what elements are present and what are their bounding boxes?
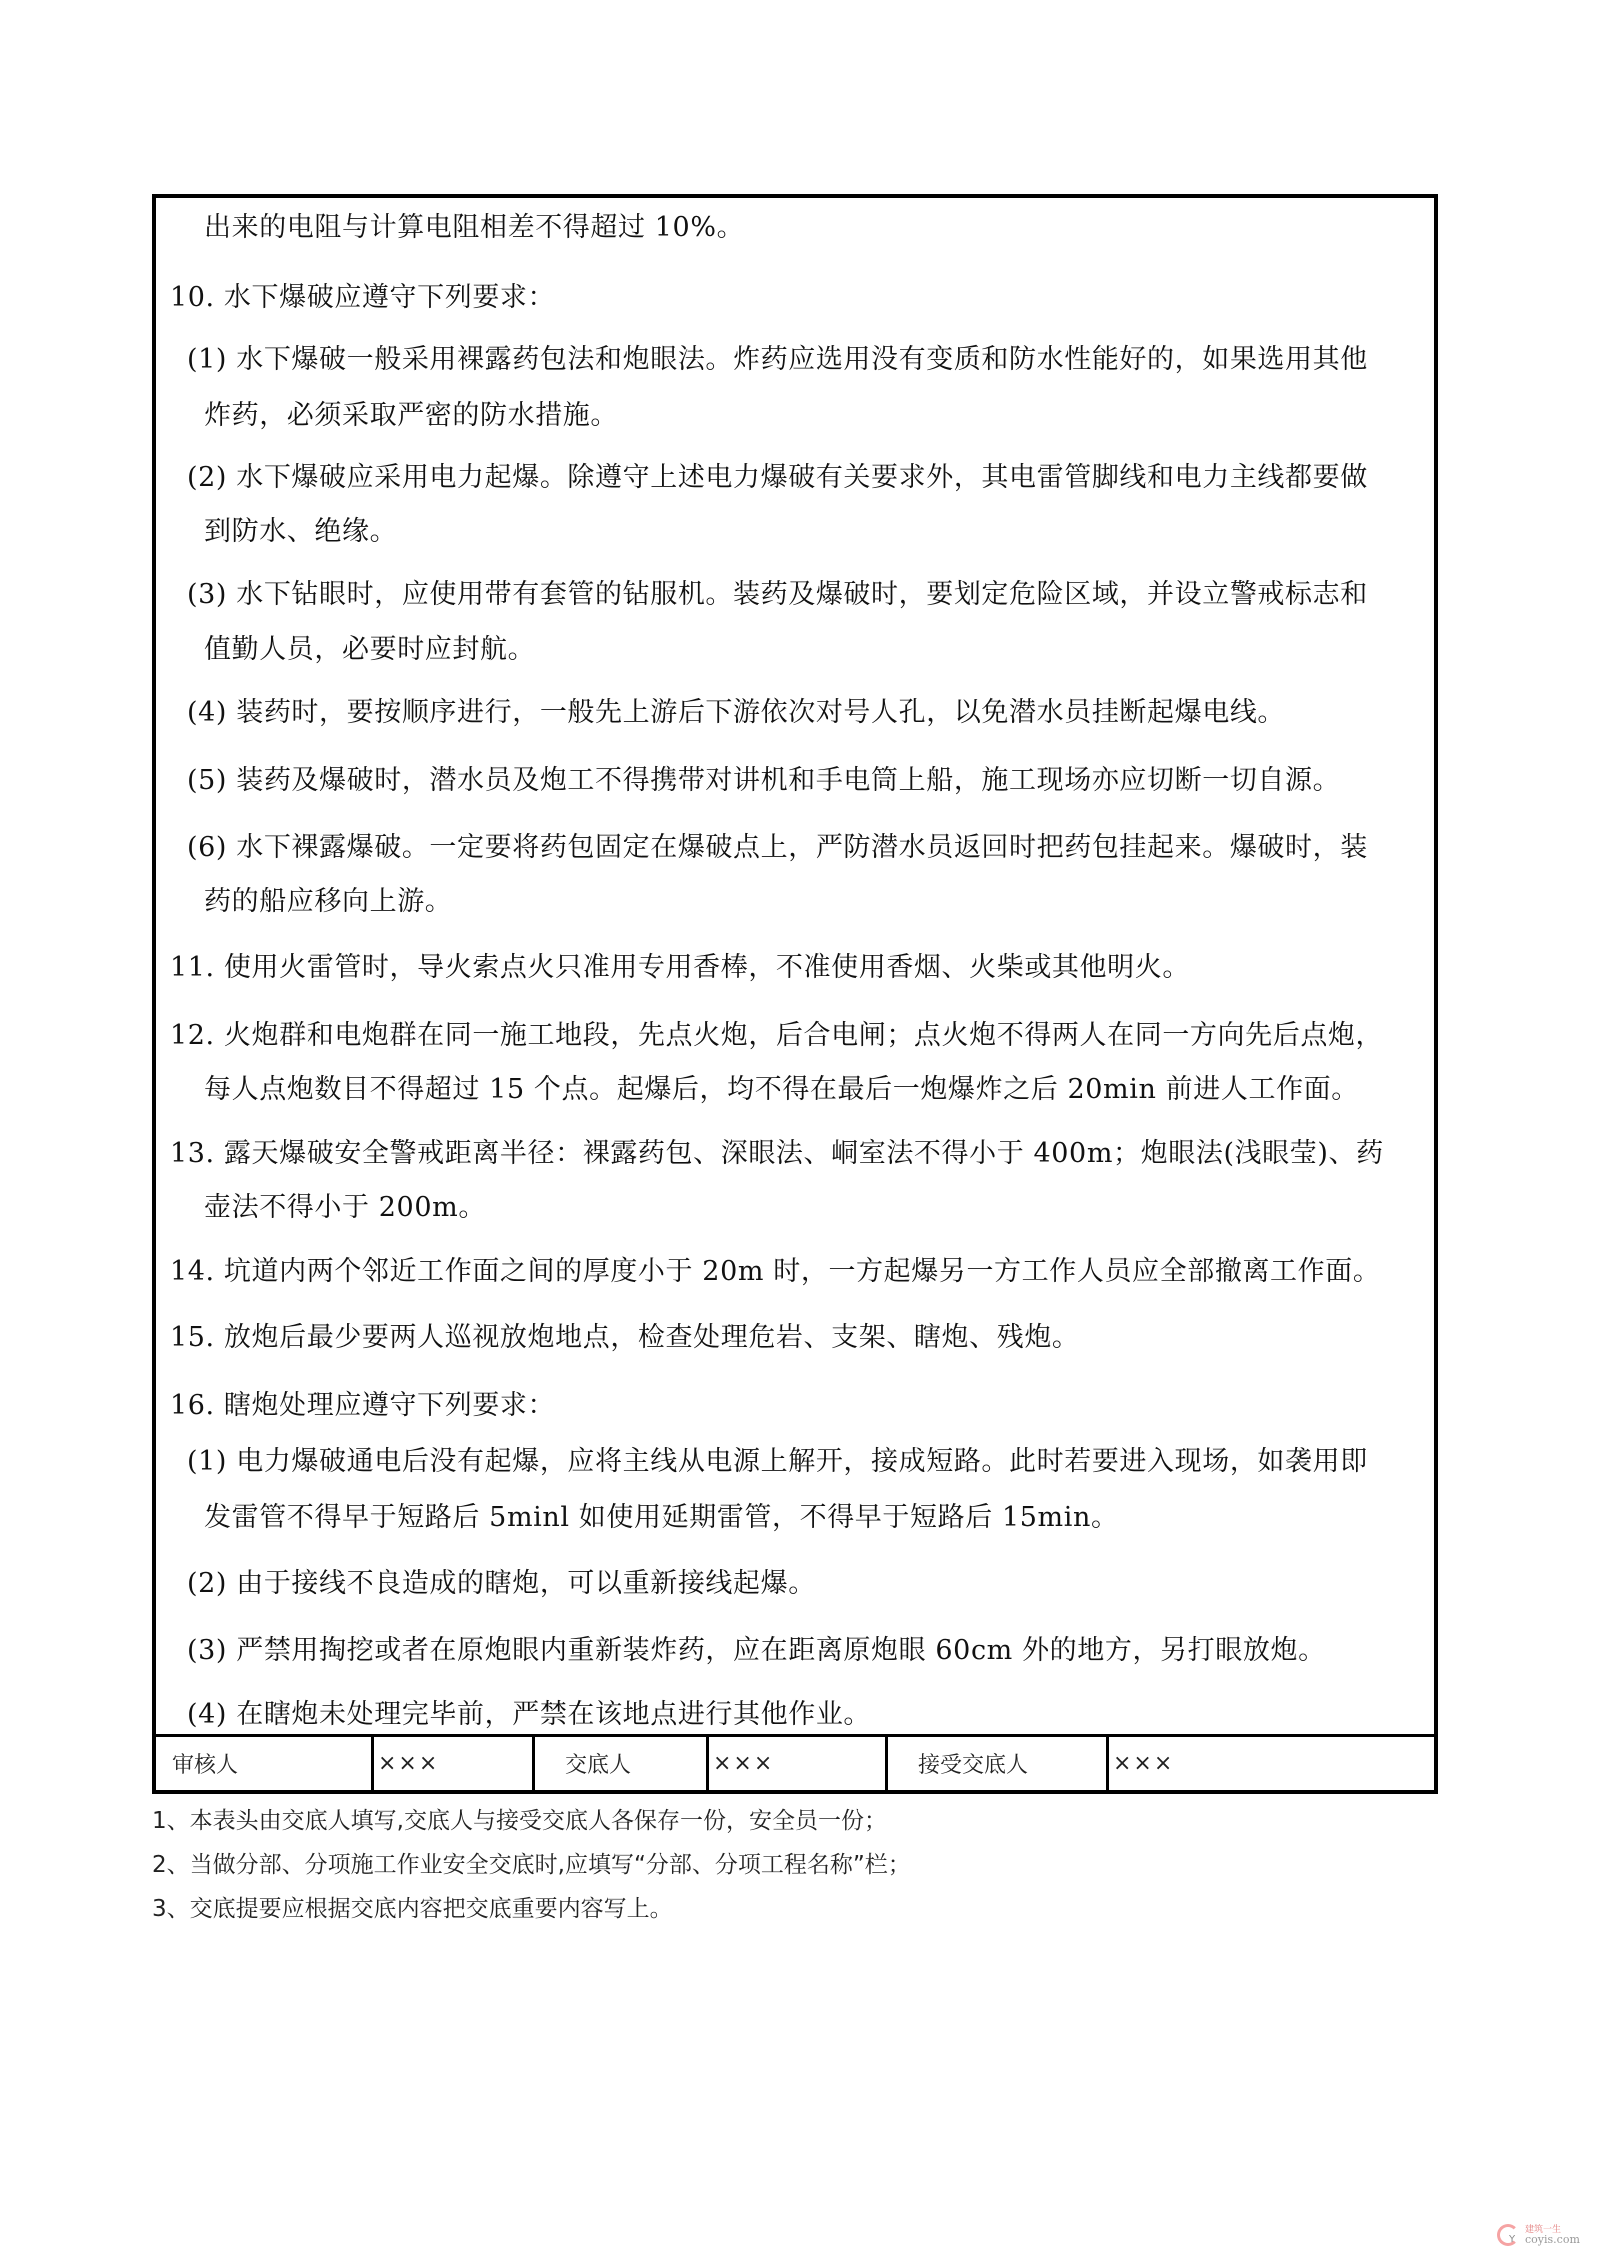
body-line: 11. 使用火雷管时，导火索点火只准用专用香棒，不准使用香烟、火柴或其他明火。 — [170, 950, 1190, 986]
signature-row: 审核人 ××× 交底人 ××× 接受交底人 ××× — [152, 1737, 1438, 1794]
receiver-value: ××× — [1109, 1737, 1434, 1790]
body-line: 每人点炮数目不得超过 15 个点。起爆后，均不得在最后一炮爆炸之后 20min … — [204, 1072, 1359, 1108]
body-line: 14. 坑道内两个邻近工作面之间的厚度小于 20m 时，一方起爆另一方工作人员应… — [170, 1254, 1380, 1290]
body-line: 值勤人员，必要时应封航。 — [204, 632, 535, 668]
note-3: 3、交底提要应根据交底内容把交底重要内容写上。 — [152, 1894, 673, 1924]
body-line: (5) 装药及爆破时，潜水员及炮工不得携带对讲机和手电筒上船，施工现场亦应切断一… — [187, 763, 1340, 799]
body-line: 16. 瞎炮处理应遵守下列要求： — [170, 1388, 555, 1424]
watermark-logo-icon — [1497, 2224, 1519, 2246]
presenter-label: 交底人 — [535, 1737, 709, 1790]
body-line: (3) 水下钻眼时，应使用带有套管的钻服机。装药及爆破时，要划定危险区域，并设立… — [187, 577, 1368, 613]
body-line: (4) 在瞎炮未处理完毕前，严禁在该地点进行其他作业。 — [187, 1697, 871, 1733]
body-line: (1) 电力爆破通电后没有起爆，应将主线从电源上解开，接成短路。此时若要进入现场… — [187, 1444, 1368, 1480]
reviewer-value: ××× — [374, 1737, 535, 1790]
presenter-value: ××× — [709, 1737, 888, 1790]
body-line: (2) 由于接线不良造成的瞎炮，可以重新接线起爆。 — [187, 1566, 816, 1602]
reviewer-label: 审核人 — [156, 1737, 374, 1790]
body-line: (4) 装药时，要按顺序进行，一般先上游后下游依次对号人孔，以免潜水员挂断起爆电… — [187, 695, 1285, 731]
body-line: 10. 水下爆破应遵守下列要求： — [170, 280, 555, 316]
body-line: (2) 水下爆破应采用电力起爆。除遵守上述电力爆破有关要求外，其电雷管脚线和电力… — [187, 460, 1368, 496]
body-line: (3) 严禁用掏挖或者在原炮眼内重新装炸药，应在距离原炮眼 60cm 外的地方，… — [187, 1633, 1326, 1669]
receiver-label: 接受交底人 — [888, 1737, 1109, 1790]
body-line: 到防水、绝缘。 — [204, 514, 397, 550]
body-line: 15. 放炮后最少要两人巡视放炮地点，检查处理危岩、支架、瞎炮、残炮。 — [170, 1320, 1080, 1356]
note-1: 1、本表头由交底人填写,交底人与接受交底人各保存一份，安全员一份； — [152, 1806, 887, 1836]
watermark-logo-letter: Y — [1509, 2234, 1515, 2245]
body-line: 药的船应移向上游。 — [204, 884, 452, 920]
body-line: 12. 火炮群和电炮群在同一施工地段，先点火炮，后合电闸；点火炮不得两人在同一方… — [170, 1018, 1383, 1054]
body-line: 壶法不得小于 200m。 — [204, 1190, 486, 1226]
body-line: (6) 水下裸露爆破。一定要将药包固定在爆破点上，严防潜水员返回时把药包挂起来。… — [187, 830, 1368, 866]
document-page: 出来的电阻与计算电阻相差不得超过 10%。10. 水下爆破应遵守下列要求：(1)… — [0, 0, 1600, 2262]
body-line: 炸药，必须采取严密的防水措施。 — [204, 398, 618, 434]
site-watermark: Y 建筑一生 coyis.com — [1497, 2222, 1597, 2252]
body-line: 13. 露天爆破安全警戒距离半径：裸露药包、深眼法、峒室法不得小于 400m；炮… — [170, 1136, 1384, 1172]
note-2: 2、当做分部、分项施工作业安全交底时,应填写“分部、分项工程名称”栏； — [152, 1850, 911, 1880]
body-line: 出来的电阻与计算电阻相差不得超过 10%。 — [204, 210, 744, 246]
body-line: 发雷管不得早于短路后 5minl 如使用延期雷管，不得早于短路后 15min。 — [204, 1500, 1119, 1536]
watermark-url: coyis.com — [1525, 2233, 1580, 2246]
body-line: (1) 水下爆破一般采用裸露药包法和炮眼法。炸药应选用没有变质和防水性能好的，如… — [187, 342, 1368, 378]
